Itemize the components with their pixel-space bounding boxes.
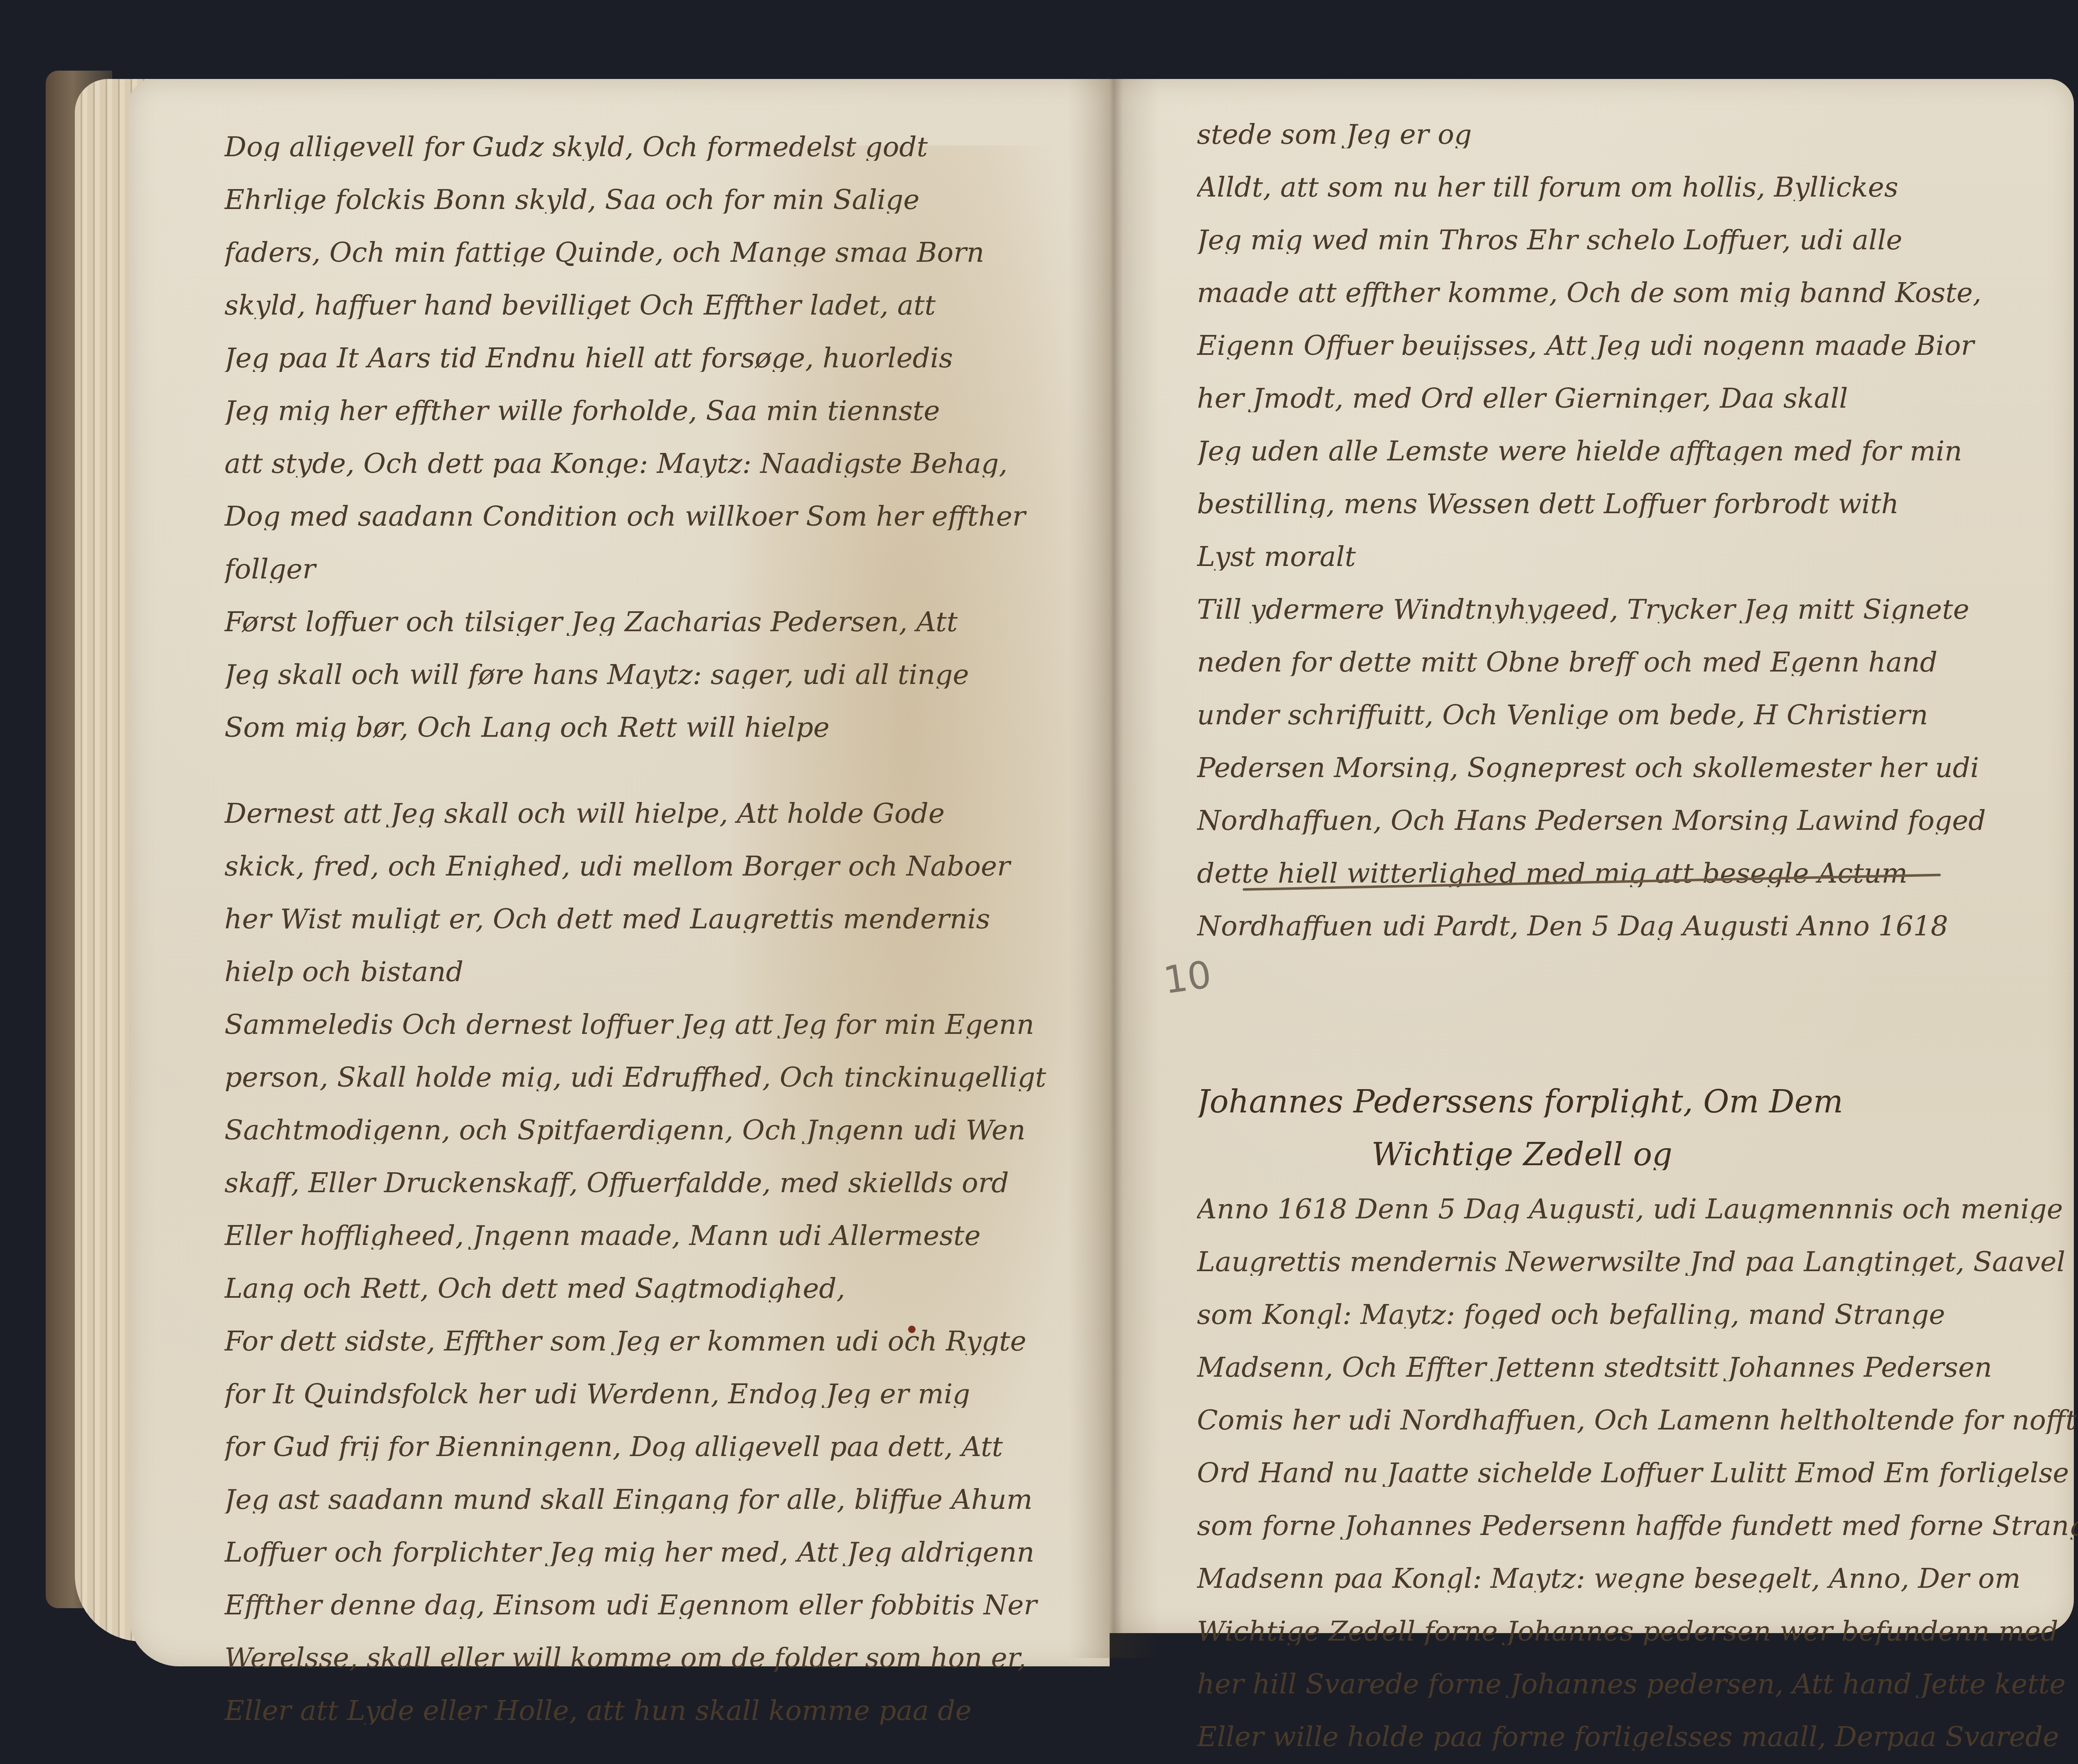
text-line: Effther denne dag, Einsom udi Egennom el… (224, 1566, 1076, 1619)
text-line: Nordhaffuen udi Pardt, Den 5 Dag Augusti… (1197, 887, 2078, 940)
text-line: Anno 1618 Denn 5 Dag Augusti, udi Laugme… (1197, 1170, 2078, 1223)
text-line: faders, Och min fattige Quinde, och Mang… (224, 214, 1076, 266)
text-line: Dog alligevell for Gudz skyld, Och forme… (224, 108, 1076, 161)
gutter-shadow (1068, 79, 1160, 1658)
text-line: her Wist muligt er, Och dett med Laugret… (224, 880, 1076, 933)
text-line: Eller hoffligheed, Jngenn maade, Mann ud… (224, 1197, 1076, 1250)
text-line: Som mig bør, Och Lang och Rett will hiel… (224, 689, 1076, 741)
text-line: skaff, Eller Druckenskaff, Offuerfaldde,… (224, 1144, 1076, 1197)
section-heading: Johannes Pederssens forplight, Om Dem (1197, 1065, 2078, 1117)
text-line: Sachtmodigenn, och Spitfaerdigenn, Och J… (224, 1091, 1076, 1144)
text-line: hielp och bistand (224, 933, 1076, 986)
text-line: her Jmodt, med Ord eller Gierninger, Daa… (1197, 359, 2078, 412)
text-line: stede som Jeg er og (1197, 96, 2078, 148)
text-line: Jeg mig her effther wille forholde, Saa … (224, 372, 1076, 425)
text-line: neden for dette mitt Obne breff och med … (1197, 623, 2078, 676)
text-line: Pedersen Morsing, Sogneprest och skollem… (1197, 729, 2078, 782)
text-line: skyld, haffuer hand bevilliget Och Effth… (224, 266, 1076, 319)
text-line: Lyst moralt (1197, 518, 2078, 571)
red-ink-spot (908, 1326, 916, 1333)
text-line: Ehrlige folckis Bonn skyld, Saa och for … (224, 161, 1076, 214)
text-line: som forne Johannes Pedersenn haffde fund… (1197, 1487, 2078, 1540)
text-line: For dett sidste, Effther som Jeg er komm… (224, 1302, 1076, 1355)
text-line: Eller att Lyde eller Holle, att hun skal… (224, 1672, 1076, 1725)
text-line: skick, fred, och Enighed, udi mellom Bor… (224, 827, 1076, 880)
text-line: for Gud frij for Bienningenn, Dog allige… (224, 1408, 1076, 1461)
text-line: Sammeledis Och dernest loffuer Jeg att J… (224, 986, 1076, 1038)
right-page-text: stede som Jeg er og Alldt, att som nu he… (1197, 96, 2078, 1751)
text-line: under schriffuitt, Och Venlige om bede, … (1197, 676, 2078, 729)
text-line: Till ydermere Windtnyhygeed, Trycker Jeg… (1197, 571, 2078, 623)
text-line: Werelsse, skall eller will komme om de f… (224, 1619, 1076, 1672)
text-line: Madsenn, Och Effter Jettenn stedtsitt Jo… (1197, 1329, 2078, 1381)
text-line: Jeg ast saadann mund skall Eingang for a… (224, 1461, 1076, 1513)
text-line: Comis her udi Nordhaffuen, Och Lamenn he… (1197, 1381, 2078, 1434)
text-line: Loffuer och forplichter Jeg mig her med,… (224, 1513, 1076, 1566)
text-line: Jeg paa It Aars tid Endnu hiell att fors… (224, 319, 1076, 372)
text-line: dette hiell witterlighed med mig att bes… (1197, 834, 2078, 887)
text-line: Madsenn paa Kongl: Maytz: wegne besegelt… (1197, 1540, 2078, 1592)
text-line: for It Quindsfolck her udi Werdenn, Endo… (224, 1355, 1076, 1408)
text-line: Jeg mig wed min Thros Ehr schelo Loffuer… (1197, 201, 2078, 254)
text-line: Wichtige Zedell forne Johannes pedersen … (1197, 1592, 2078, 1645)
text-line: Jeg skall och will føre hans Maytz: sage… (224, 636, 1076, 689)
text-line: Lang och Rett, Och dett med Sagtmodighed… (224, 1250, 1076, 1302)
section-heading: Wichtige Zedell og (1197, 1117, 2078, 1170)
text-line: maade att effther komme, Och de som mig … (1197, 254, 2078, 307)
text-line: follger (224, 530, 1076, 583)
text-line: Laugrettis mendernis Newerwsilte Jnd paa… (1197, 1223, 2078, 1276)
text-line: Eller wille holde paa forne forligelsses… (1197, 1698, 2078, 1751)
text-line: Jeg uden alle Lemste were hielde afftage… (1197, 412, 2078, 465)
text-line: Først loffuer och tilsiger Jeg Zacharias… (224, 583, 1076, 636)
left-page-text: Dog alligevell for Gudz skyld, Och forme… (224, 108, 1076, 1725)
text-line: Dernest att Jeg skall och will hielpe, A… (224, 775, 1076, 827)
text-line: som Kongl: Maytz: foged och befalling, m… (1197, 1276, 2078, 1329)
text-line: Nordhaffuen, Och Hans Pedersen Morsing L… (1197, 782, 2078, 834)
text-line: att styde, Och dett paa Konge: Maytz: Na… (224, 425, 1076, 477)
text-line: person, Skall holde mig, udi Edruffhed, … (224, 1038, 1076, 1091)
text-line: Alldt, att som nu her till forum om holl… (1197, 148, 2078, 201)
text-line: bestilling, mens Wessen dett Loffuer for… (1197, 465, 2078, 518)
text-line: Ord Hand nu Jaatte sichelde Loffuer Luli… (1197, 1434, 2078, 1487)
text-line: Dog med saadann Condition och willkoer S… (224, 477, 1076, 530)
pencil-margin-note: 10 (1161, 953, 1214, 1003)
text-line: her hill Svarede forne Johannes pedersen… (1197, 1645, 2078, 1698)
text-line: Eigenn Offuer beuijsses, Att Jeg udi nog… (1197, 307, 2078, 359)
